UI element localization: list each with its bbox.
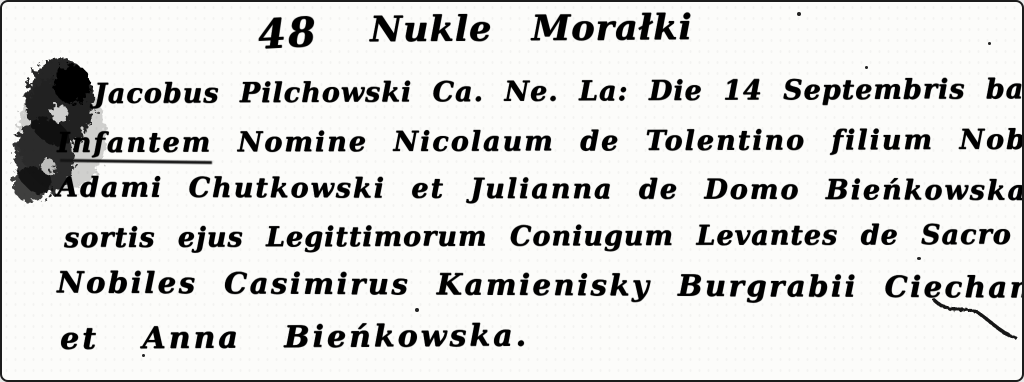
pen-flourish <box>932 294 1022 344</box>
record-line-6: et Anna Bieńkowska. <box>60 318 529 356</box>
ink-speck <box>988 42 991 45</box>
record-line-3: Adami Chutkowski et Julianna de Domo Bie… <box>57 172 1024 207</box>
scanned-baptismal-record: 48 Nukle Morałki Jacobus Pilchowski Ca. … <box>0 0 1024 382</box>
ink-speck <box>415 308 419 312</box>
ink-speck <box>865 66 868 69</box>
place-title: Nukle Morałki <box>370 7 693 50</box>
record-line-2: Infantem Nomine Nicolaum de Tolentino fi… <box>57 124 1024 159</box>
record-line-4: sortis ejus Legittimorum Coniugum Levant… <box>64 219 1024 254</box>
record-line-1: Jacobus Pilchowski Ca. Ne. La: Die 14 Se… <box>94 73 1024 109</box>
ink-speck <box>917 257 921 260</box>
ink-speck <box>797 12 801 16</box>
ink-speck <box>142 354 145 357</box>
entry-number: 48 <box>257 8 319 58</box>
record-line-5: Nobiles Casimirus Kamienisky Burgrabii C… <box>57 265 1024 305</box>
